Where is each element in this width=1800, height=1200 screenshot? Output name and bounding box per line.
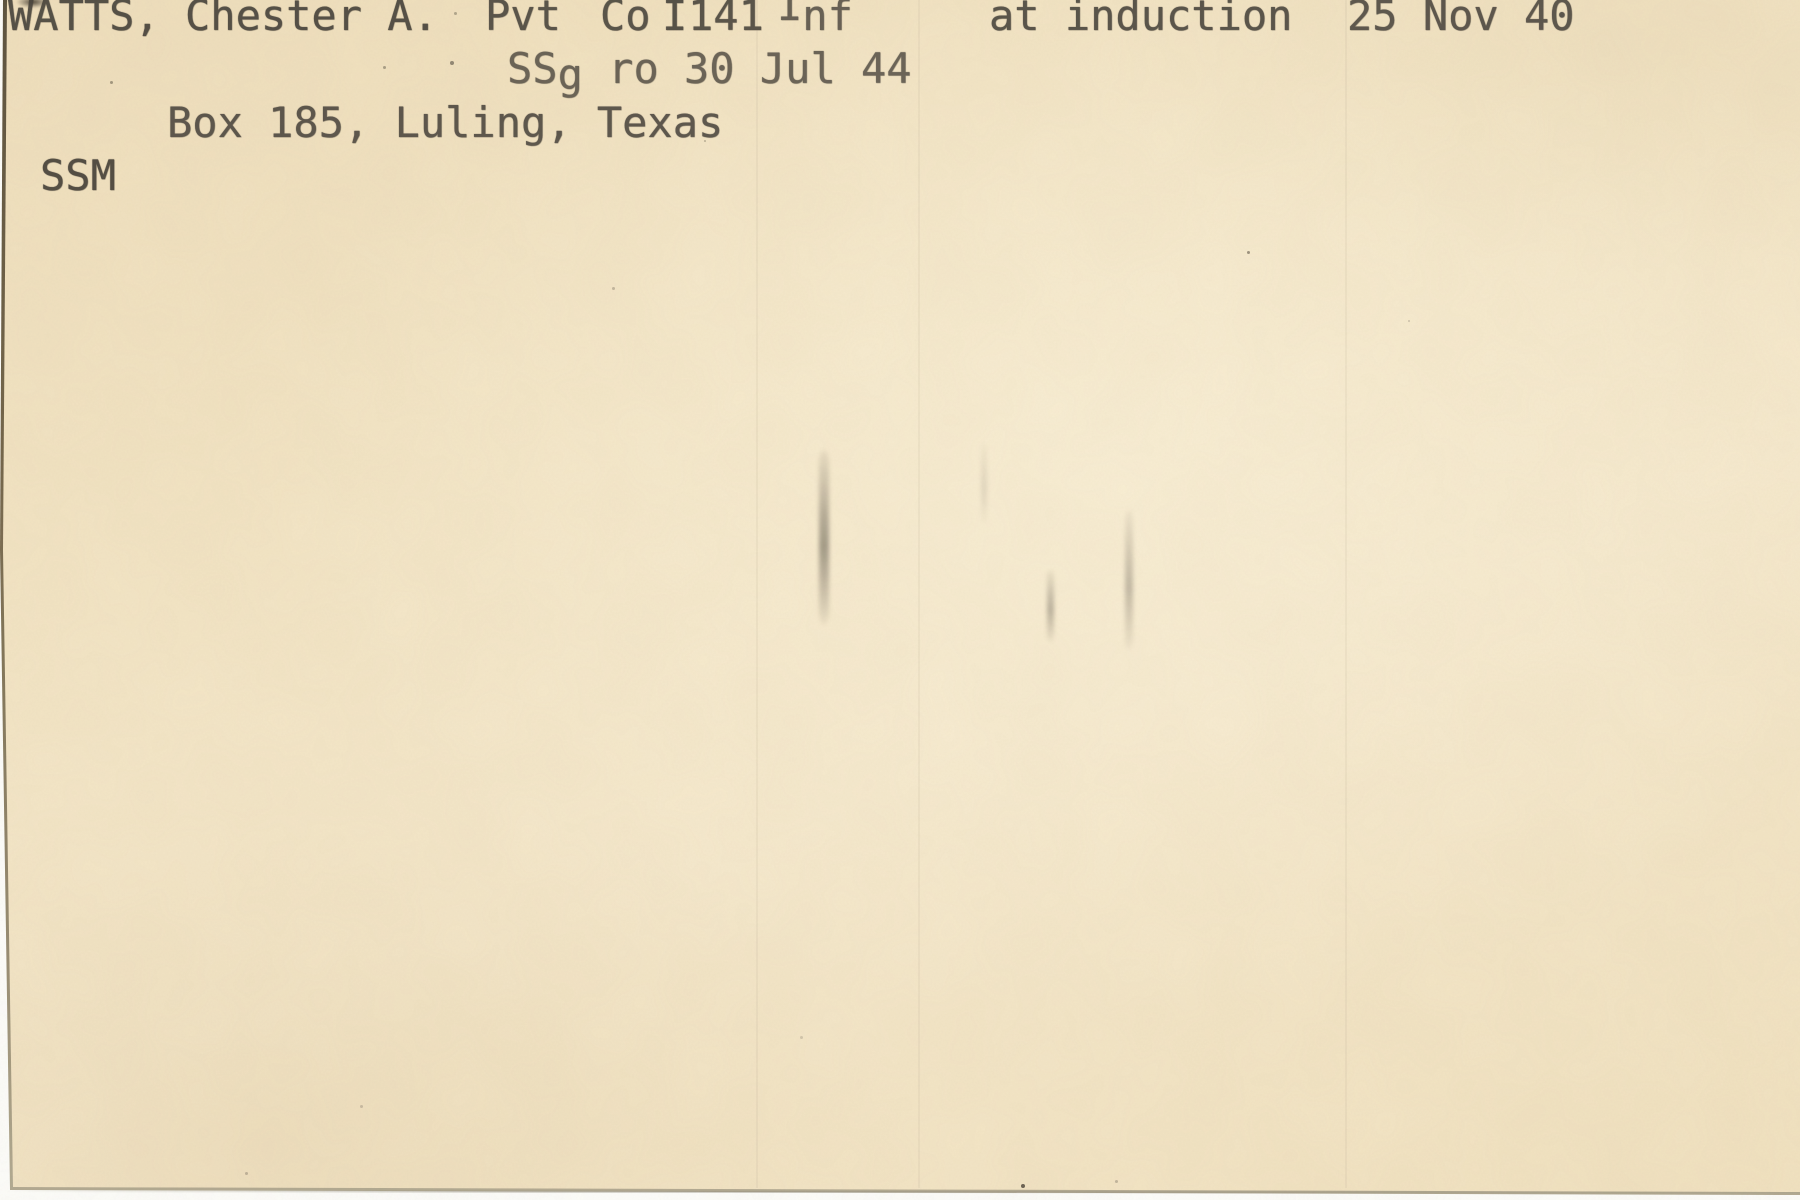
induction-note: at induction	[989, 0, 1292, 37]
paper-speck	[1247, 251, 1250, 254]
promotion-rank-prefix: SS	[507, 44, 558, 93]
ssm-notation: SSM	[40, 155, 116, 197]
paper-speck	[450, 61, 454, 65]
soldier-name: WATTS, Chester A.	[8, 0, 438, 37]
ink-smudge	[1047, 570, 1054, 642]
infantry-abbr-rest: nf	[802, 0, 853, 40]
ink-smudge	[819, 450, 829, 625]
paper-speck	[360, 1105, 363, 1108]
scanner-artifact-line	[756, 0, 758, 1188]
index-card: WATTS, Chester A. Pvt Co I 141 Inf at in…	[0, 0, 1800, 1200]
paper-speck	[612, 287, 615, 290]
promotion-date: ro 30 Jul 44	[583, 44, 912, 93]
paper-speck	[1021, 1184, 1025, 1188]
infantry-abbr: Inf	[777, 0, 853, 37]
paper-speck	[800, 1036, 803, 1039]
infantry-raised-i: I	[777, 0, 802, 27]
ink-smudge	[1125, 510, 1133, 650]
paper-speck	[454, 12, 457, 15]
scanner-artifact-line	[1345, 0, 1347, 1188]
induction-date: 25 Nov 40	[1347, 0, 1575, 37]
scanner-artifact-line	[918, 0, 920, 1188]
paper-speck	[110, 81, 113, 84]
paper-speck	[1115, 1180, 1118, 1183]
address-line: Box 185, Luling, Texas	[167, 102, 723, 144]
paper-speck	[1408, 320, 1410, 322]
company-abbr: Co	[600, 0, 651, 37]
paper-speck	[383, 66, 386, 69]
paper-speck	[245, 1172, 248, 1175]
paper-speck	[704, 140, 706, 142]
scanned-page: WATTS, Chester A. Pvt Co I 141 Inf at in…	[0, 0, 1800, 1200]
promotion-rank-g: g	[558, 54, 583, 96]
rank-at-induction: Pvt	[485, 0, 561, 37]
regiment-number: 141	[688, 0, 764, 37]
bottom-scan-line	[0, 1190, 1800, 1194]
ink-smudge	[981, 442, 987, 524]
company-letter: I	[662, 0, 687, 37]
promotion-line: SSg ro 30 Jul 44	[507, 48, 912, 90]
